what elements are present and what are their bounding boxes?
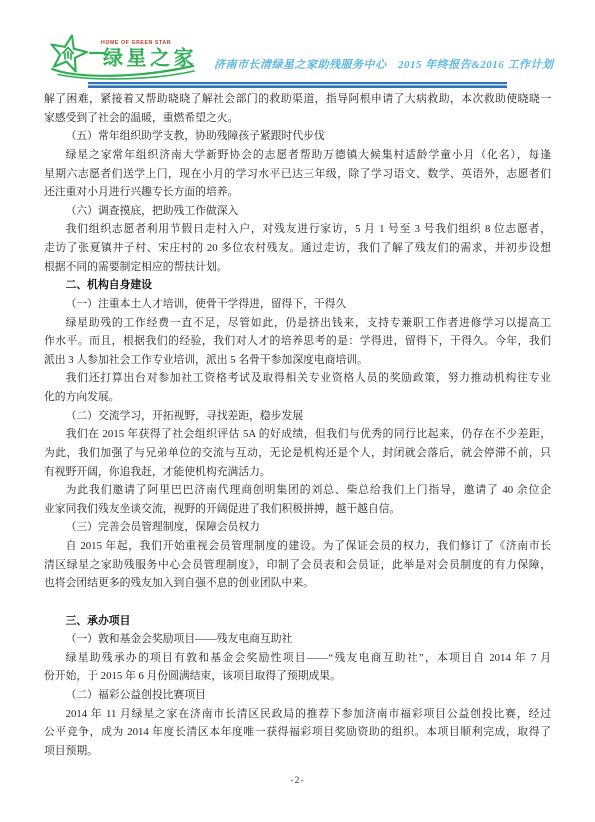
text-line: 解了困难，紧接着又帮助晓晓了解社会部门的救助渠道，指导阿根申请了大病救助，本次救… bbox=[44, 90, 551, 109]
text-line: 自 2015 年起，我们开始重视会员管理制度的建设。为了保证会员的权力，我们修订… bbox=[44, 537, 551, 556]
text-line: 绿星助残的工作经费一直不足，尽管如此，仍是挤出钱来，支持专兼职工作者进修学习以提… bbox=[44, 314, 551, 333]
text-line: 绿星助残承办的项目有敦和基金会奖励性项目——“残友电商互助社”，本项目自 201… bbox=[44, 649, 551, 668]
page-number: -2- bbox=[290, 776, 304, 786]
text-line: （二）福彩公益创投比赛项目 bbox=[44, 686, 551, 705]
text-line: 二、机构自身建设 bbox=[44, 276, 551, 295]
text-line: 星期六志愿者们送学上门，现在小月的学习水平已达三年级，除了学习语文、数学、英语外… bbox=[44, 165, 551, 184]
text-line: 我们组织志愿者利用节假日走村入户，对残友进行家访，5 月 1 号至 3 号我们组… bbox=[44, 220, 551, 239]
text-line: 也将会团结更多的残友加入到自强不息的创业团队中来。 bbox=[44, 574, 551, 593]
logo-tagline: HOME OF GREEN STAR bbox=[101, 40, 171, 46]
text-line: 绿星之家常年组织济南大学新野协会的志愿者帮助万德镇大候集村适龄学童小月（化名），… bbox=[44, 146, 551, 165]
green-star-logo: HOME OF GREEN STAR 绿星之家 bbox=[44, 33, 196, 81]
text-line: （六）调查摸底，把助残工作做深入 bbox=[44, 202, 551, 221]
text-line: 三、承办项目 bbox=[44, 612, 551, 631]
text-line: 份开始，于 2015 年 6 月份圆满结束，该项目取得了预期成果。 bbox=[44, 667, 551, 686]
document-body: 解了困难，紧接着又帮助晓晓了解社会部门的救助渠道，指导阿根申请了大病救助，本次救… bbox=[0, 88, 595, 761]
document-lines: 解了困难，紧接着又帮助晓晓了解社会部门的救助渠道，指导阿根申请了大病救助，本次救… bbox=[44, 90, 551, 761]
text-line: 业家同我们残友坐谈交流，视野的开阔促进了我们积极拼搏，越干越自信。 bbox=[44, 500, 551, 519]
text-line bbox=[44, 593, 551, 612]
text-line: 家感受到了社会的温暖，重燃希望之火。 bbox=[44, 109, 551, 128]
text-line: 2014 年 11 月绿星之家在济南市长清区民政局的推荐下参加济南市福彩项目公益… bbox=[44, 705, 551, 724]
header-row: HOME OF GREEN STAR 绿星之家 济南市长清绿星之家助残服务中心 … bbox=[44, 33, 551, 81]
text-line: 公平竞争，成为 2014 年度长清区本年度唯一获得福彩项目奖励资助的组织。本项目… bbox=[44, 723, 551, 742]
star-icon bbox=[52, 35, 87, 71]
text-line: 根据不同的需要制定相应的帮扶计划。 bbox=[44, 258, 551, 277]
text-line: 我们在 2015 年获得了社会组织评估 5A 的好成绩，但我们与优秀的同行比起来… bbox=[44, 425, 551, 444]
text-line: 还注重对小月进行兴趣专长方面的培养。 bbox=[44, 183, 551, 202]
text-line: （二）交流学习，开拓视野，寻找差距，稳步发展 bbox=[44, 407, 551, 426]
text-line: （五）常年组织助学支教，协助残障孩子紧跟时代步伐 bbox=[44, 127, 551, 146]
text-line: 我们还打算出台对参加社工资格考试及取得相关专业资格人员的奖励政策，努力推动机构往… bbox=[44, 369, 551, 388]
page-footer: -2- bbox=[0, 776, 595, 786]
text-line: 作水平。而且，根据我们的经验，我们对人才的培养思考的是：学得进，留得下，干得久。… bbox=[44, 332, 551, 351]
text-line: 化的方向发展。 bbox=[44, 388, 551, 407]
text-line: （三）完善会员管理制度，保障会员权力 bbox=[44, 518, 551, 537]
document-page: HOME OF GREEN STAR 绿星之家 济南市长清绿星之家助残服务中心 … bbox=[0, 0, 595, 822]
text-line: （一）敦和基金会奖励项目——残友电商互助社 bbox=[44, 630, 551, 649]
text-line: 走访了张夏镇井子村、宋庄村的 20 多位农村残友。通过走访，我们了解了残友们的需… bbox=[44, 239, 551, 258]
text-line: 派出 3 人参加社会工作专业培训，派出 5 名骨干参加深度电商培训。 bbox=[44, 351, 551, 370]
text-line: 有视野开阔，你追我赶，才能使机构充满活力。 bbox=[44, 463, 551, 482]
page-header: HOME OF GREEN STAR 绿星之家 济南市长清绿星之家助残服务中心 … bbox=[0, 0, 595, 88]
text-line: 清区绿星之家助残服务中心会员管理制度》，印制了会员表和会员证，此举是对会员制度的… bbox=[44, 556, 551, 575]
logo-name: 绿星之家 bbox=[103, 46, 196, 70]
header-title: 济南市长清绿星之家助残服务中心 2015 年终报告&2016 工作计划 bbox=[214, 56, 554, 81]
text-line: 为此我们邀请了阿里巴巴济南代理商创明集团的刘总、柴总给我们上门指导，邀请了 40… bbox=[44, 481, 551, 500]
text-line: 项目预期。 bbox=[44, 742, 551, 761]
text-line: 为此，我们加强了与兄弟单位的交流与互动，无论是机构还是个人，封闭就会落后，就会停… bbox=[44, 444, 551, 463]
text-line: （一）注重本土人才培训，使骨干学得进，留得下，干得久 bbox=[44, 295, 551, 314]
